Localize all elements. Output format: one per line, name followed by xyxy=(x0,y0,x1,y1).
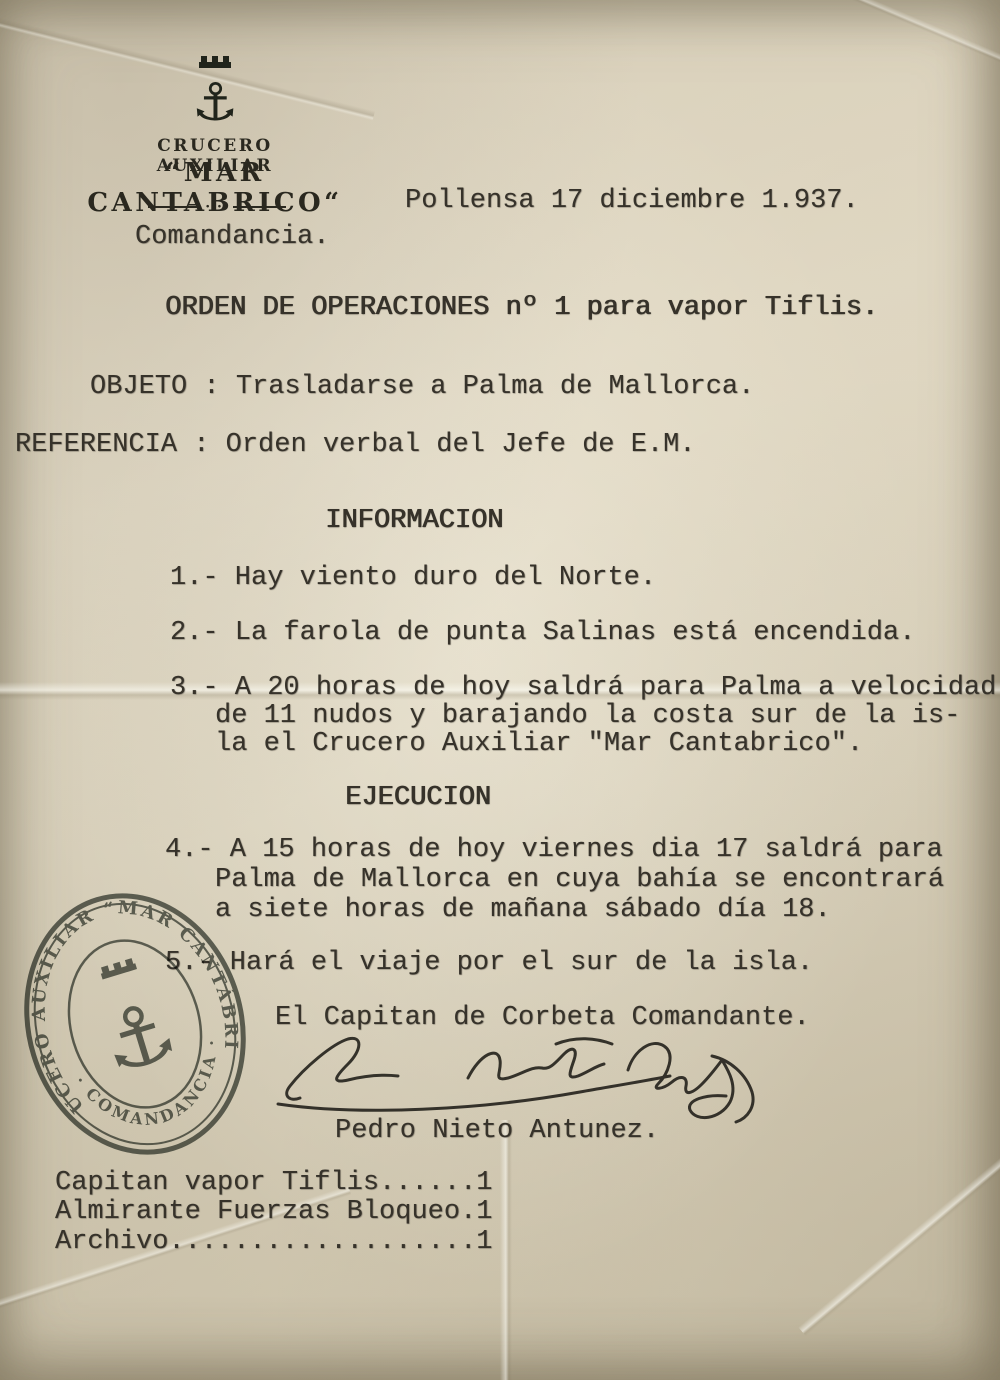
anchor-glyph: ⚓ xyxy=(192,73,239,128)
informacion-heading: INFORMACION xyxy=(325,506,503,536)
ejecucion-item-4-line-2: Palma de Mallorca en cuya bahía se encon… xyxy=(215,865,944,895)
informacion-item-3-line-2: de 11 nudos y barajando la costa sur de … xyxy=(215,701,960,731)
ejecucion-item-4-line-3: a siete horas de mañana sábado día 18. xyxy=(215,895,831,925)
informacion-item-3-line-3: la el Crucero Auxiliar "Mar Cantabrico". xyxy=(215,729,863,759)
ejecucion-item-4-line-1: 4.- A 15 horas de hoy viernes dia 17 sal… xyxy=(165,835,943,865)
paper-crease xyxy=(0,9,375,120)
paper-crease xyxy=(798,1096,1000,1337)
distribution-line-3: Archivo...................1 xyxy=(55,1227,492,1257)
letterhead-divider: ···· xyxy=(148,202,286,212)
divider-line xyxy=(233,206,286,208)
ejecucion-heading: EJECUCION xyxy=(345,783,491,813)
comandancia-rubber-stamp: CRUCERO AUXILIAR “MAR CANTÁBRICO” · COMA… xyxy=(14,878,256,1170)
divider-dots: ···· xyxy=(205,204,229,210)
distribution-line-2: Almirante Fuerzas Bloqueo.1 xyxy=(55,1197,492,1227)
crowned-anchor-icon: ⚓ xyxy=(189,56,241,128)
paper-crease xyxy=(500,1120,512,1380)
ejecucion-item-5: 5.- Hará el viaje por el sur de la isla. xyxy=(165,948,813,978)
stamp-svg: CRUCERO AUXILIAR “MAR CANTÁBRICO” · COMA… xyxy=(14,878,256,1170)
divider-line xyxy=(148,206,201,208)
letterhead-office: Comandancia. xyxy=(135,222,329,252)
informacion-item-1: 1.- Hay viento duro del Norte. xyxy=(170,563,656,593)
signer-name: Pedro Nieto Antunez. xyxy=(335,1116,659,1146)
informacion-item-2: 2.- La farola de punta Salinas está ence… xyxy=(170,618,915,648)
crowned-anchor-svg: ⚓ xyxy=(189,56,241,128)
paper-crease xyxy=(637,0,1000,89)
document-page: ⚓ CRUCERO AUXILIAR “MAR CANTABRICO“ ····… xyxy=(0,0,1000,1380)
referencia-line: REFERENCIA : Orden verbal del Jefe de E.… xyxy=(15,430,696,460)
objeto-line: OBJETO : Trasladarse a Palma de Mallorca… xyxy=(90,372,754,402)
distribution-line-1: Capitan vapor Tiflis......1 xyxy=(55,1168,492,1198)
dateline: Pollensa 17 diciembre 1.937. xyxy=(405,186,859,216)
informacion-item-3-line-1: 3.- A 20 horas de hoy saldrá para Palma … xyxy=(170,673,996,703)
stamp-anchor-glyph: ⚓ xyxy=(90,982,188,1094)
order-title: ORDEN DE OPERACIONES nº 1 para vapor Tif… xyxy=(165,293,878,323)
